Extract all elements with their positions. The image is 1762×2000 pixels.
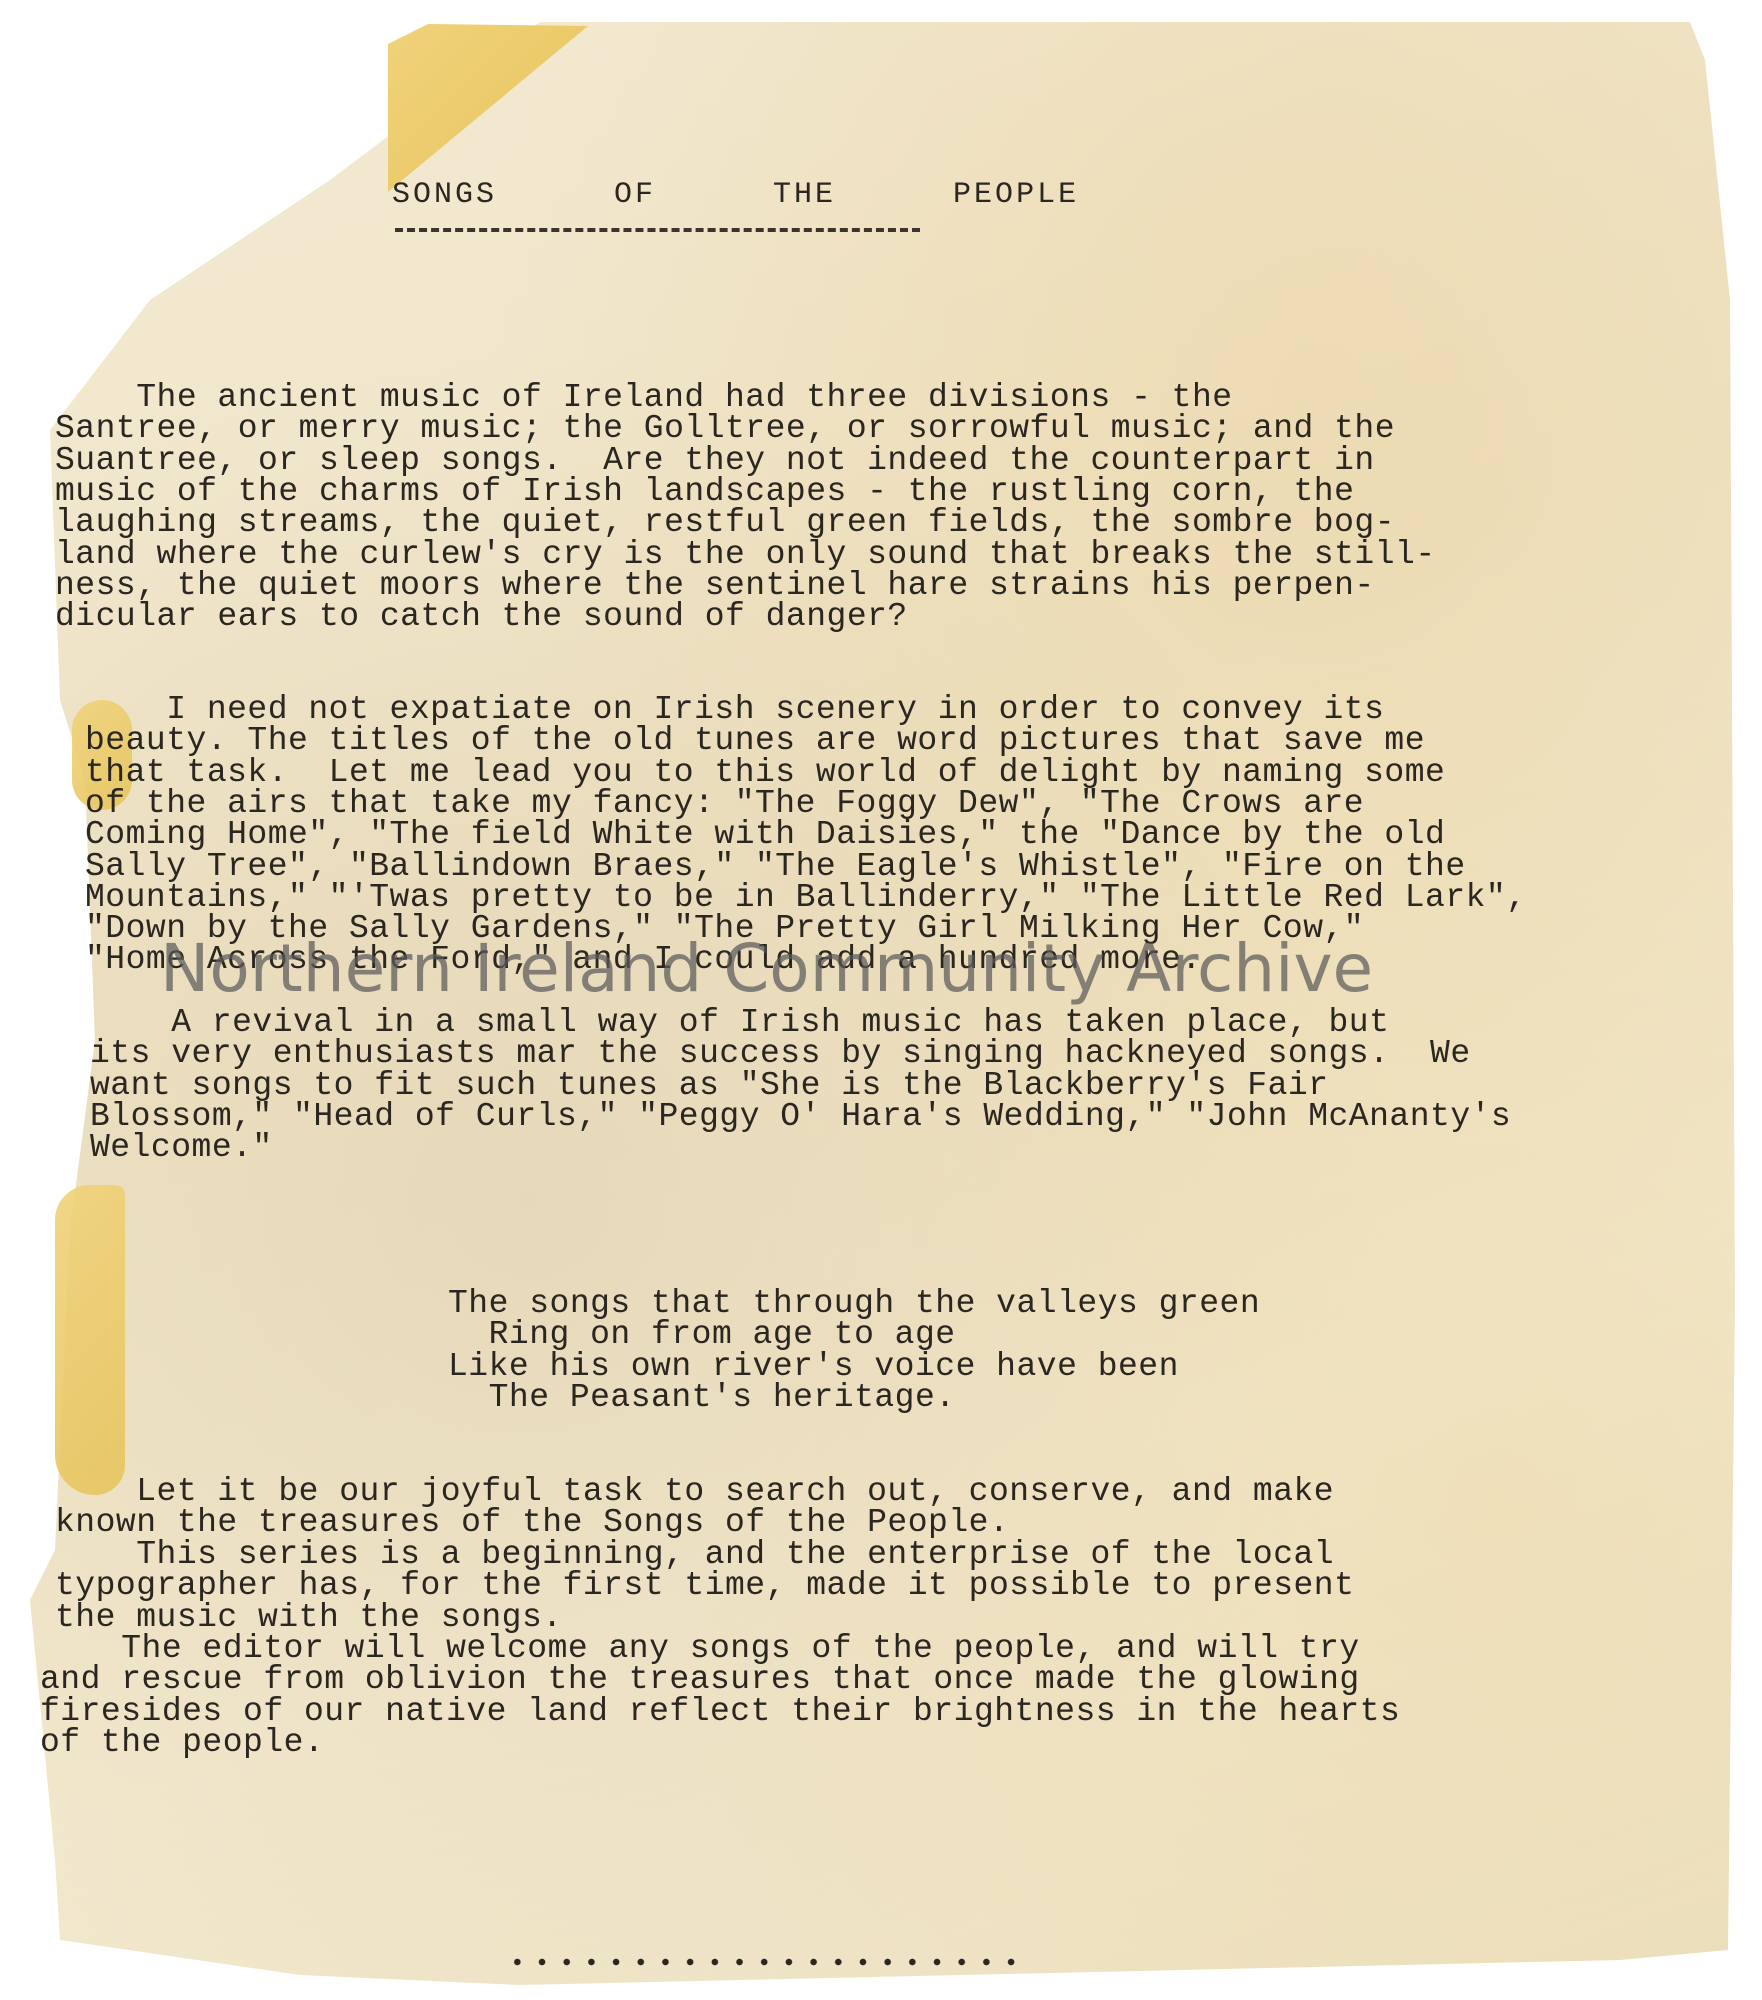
paragraph-3-line: Welcome." xyxy=(90,1128,273,1168)
archive-watermark: Northern Ireland Community Archive xyxy=(160,930,1373,1007)
poem-line: The Peasant's heritage. xyxy=(448,1378,956,1418)
paragraph-1-line: dicular ears to catch the sound of dange… xyxy=(55,597,908,637)
dotted-rule xyxy=(505,1958,1025,1966)
page-title: SONGS OF THE PEOPLE xyxy=(392,178,1079,212)
paragraph-3-line: Blossom," "Head of Curls," "Peggy O' Har… xyxy=(90,1097,1511,1137)
title-underline xyxy=(395,228,920,232)
paragraph-6-line: of the people. xyxy=(40,1723,324,1763)
